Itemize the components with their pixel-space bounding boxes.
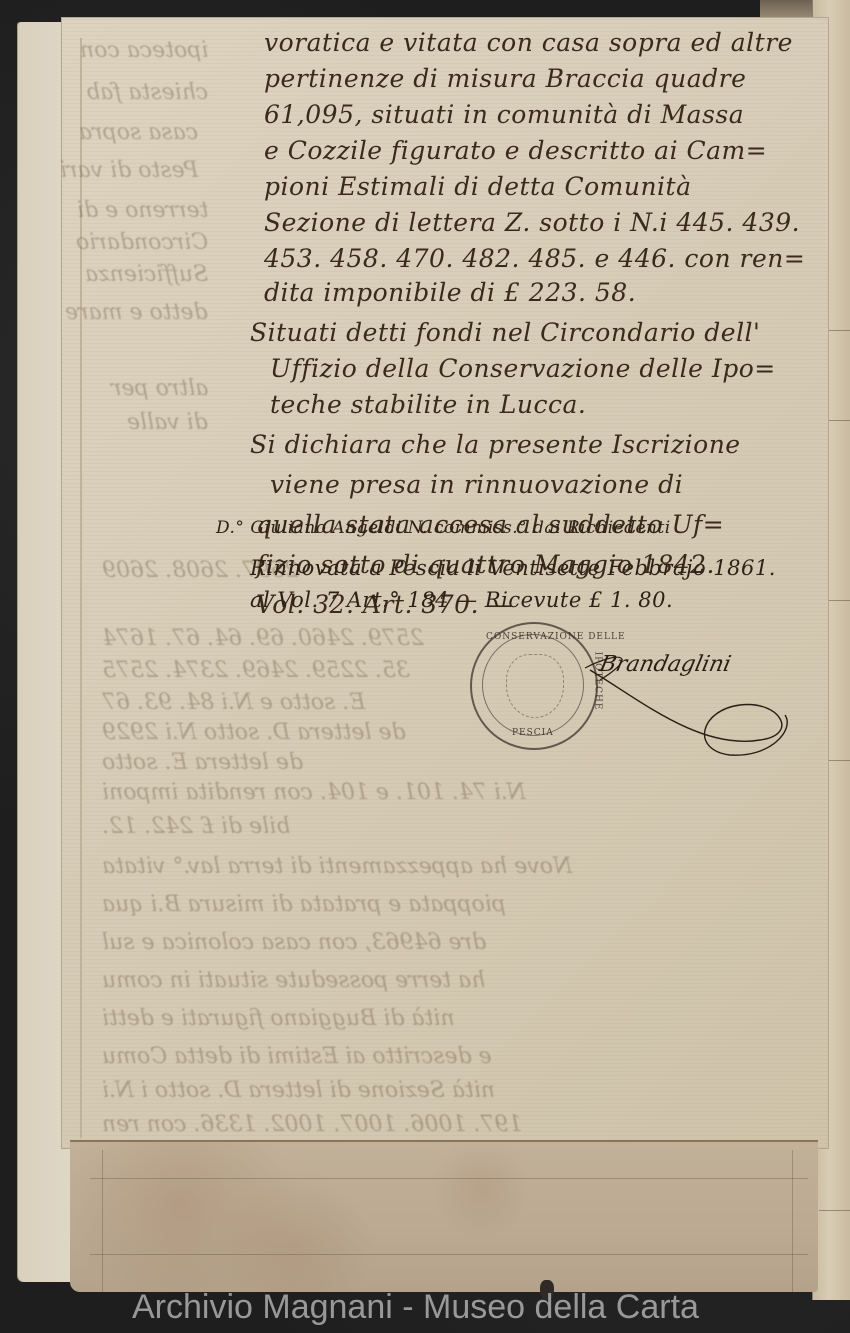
archive-watermark: Archivio Magnani - Museo della Carta [132, 1288, 699, 1327]
bleed-through-text: bile di £ 242. 12. [102, 814, 290, 839]
bleed-through-text: 2579. 2460. 69. 64. 67. 1674 [102, 626, 424, 651]
ruled-line [90, 1254, 808, 1255]
bleed-through-text: dre 64963, con casa colonica e sul [102, 930, 486, 955]
bleed-through-text: de lettera E. sotto [102, 750, 303, 775]
ruled-line [90, 1178, 808, 1179]
bleed-through-text: terreno e di [77, 198, 208, 223]
bleed-through-text: detto e mare [65, 300, 208, 325]
pasted-paper-slip [70, 1140, 818, 1292]
bleed-through-text: Circondario [76, 230, 208, 255]
handwritten-line: dita imponibile di £ 223. 58. [264, 278, 636, 307]
handwritten-line: Uffizio della Conservazione delle Ipo= [270, 354, 776, 383]
bleed-through-text: altro per [111, 376, 208, 401]
bleed-through-text: Pesto di vari [60, 158, 198, 183]
bleed-through-text: pioppata e pratata di misura B.i qua [102, 892, 506, 917]
ruled-line [792, 1150, 793, 1292]
signature: Brandaglini [597, 652, 733, 677]
handwritten-line: voratica e vitata con casa sopra ed altr… [264, 28, 793, 57]
handwritten-line: pioni Estimali di detta Comunità [264, 172, 692, 201]
bleed-through-text: nità Sezione di lettera D. sotto i N.i [102, 1078, 495, 1103]
handwritten-line: Sezione di lettera Z. sotto i N.i 445. 4… [264, 208, 800, 237]
bleed-through-text: N.i 74. 101. e 104. con rendita imponi [102, 780, 526, 805]
bleed-through-text: casa sopra [79, 120, 198, 145]
bleed-through-text: chiesta fab [86, 80, 208, 105]
stamp-emblem-icon [506, 654, 564, 718]
handwritten-line: 453. 458. 470. 482. 485. e 446. con ren= [264, 244, 805, 273]
handwritten-line: viene presa in rinnuovazione di [270, 470, 683, 499]
ruled-line [102, 1150, 103, 1292]
bleed-through-text: Nove ha appezzamenti di terra lav.° vita… [102, 854, 572, 879]
bleed-through-text: 197. 1006. 1007. 1002. 1336. con ren [102, 1112, 522, 1137]
stamp-bottom-text: PESCIA [512, 728, 554, 738]
annotation-line-2: Rinnovata a Pescia li Ventisette Febbraj… [250, 556, 776, 580]
annotation-line-3: al Vol. 7 Art.° 184 — Ricevute £ 1. 80. [250, 588, 673, 612]
bleed-through-text: de lettera D. sotto N.i 2929 [102, 720, 406, 745]
handwritten-line: Si dichiara che la presente Iscrizione [250, 430, 741, 459]
bleed-through-text: Sufficienza [85, 262, 208, 287]
handwritten-line: pertinenze di misura Braccia quadre [264, 64, 746, 93]
bleed-through-text: ipoteca con [80, 38, 208, 63]
bleed-through-text: e descritto ai Estimi di detta Comu [102, 1044, 492, 1069]
bleed-through-text: 35. 2259. 2469. 2374. 2575 [102, 658, 410, 683]
bleed-through-text: di valle [127, 410, 208, 435]
bleed-through-text: ha terre possedute situati in comu [102, 968, 485, 993]
handwritten-line: e Cozzile figurato e descritto ai Cam= [264, 136, 767, 165]
handwritten-line: teche stabilite in Lucca. [270, 390, 586, 419]
official-stamp: CONSERVAZIONE DELLE IPOTECHE PESCIA [470, 622, 598, 750]
annotation-line-1: D.° Giuliano Angeldi N. commiss.° dai Ri… [216, 518, 671, 538]
bleed-through-text: E. sotto e N.i 84. 93. 67 [102, 690, 365, 715]
handwritten-line: 61,095, situati in comunità di Massa [264, 100, 744, 129]
bleed-through-text: nità di Buggiano figurati e detti [102, 1006, 455, 1031]
handwritten-line: Situati detti fondi nel Circondario dell… [250, 318, 760, 347]
